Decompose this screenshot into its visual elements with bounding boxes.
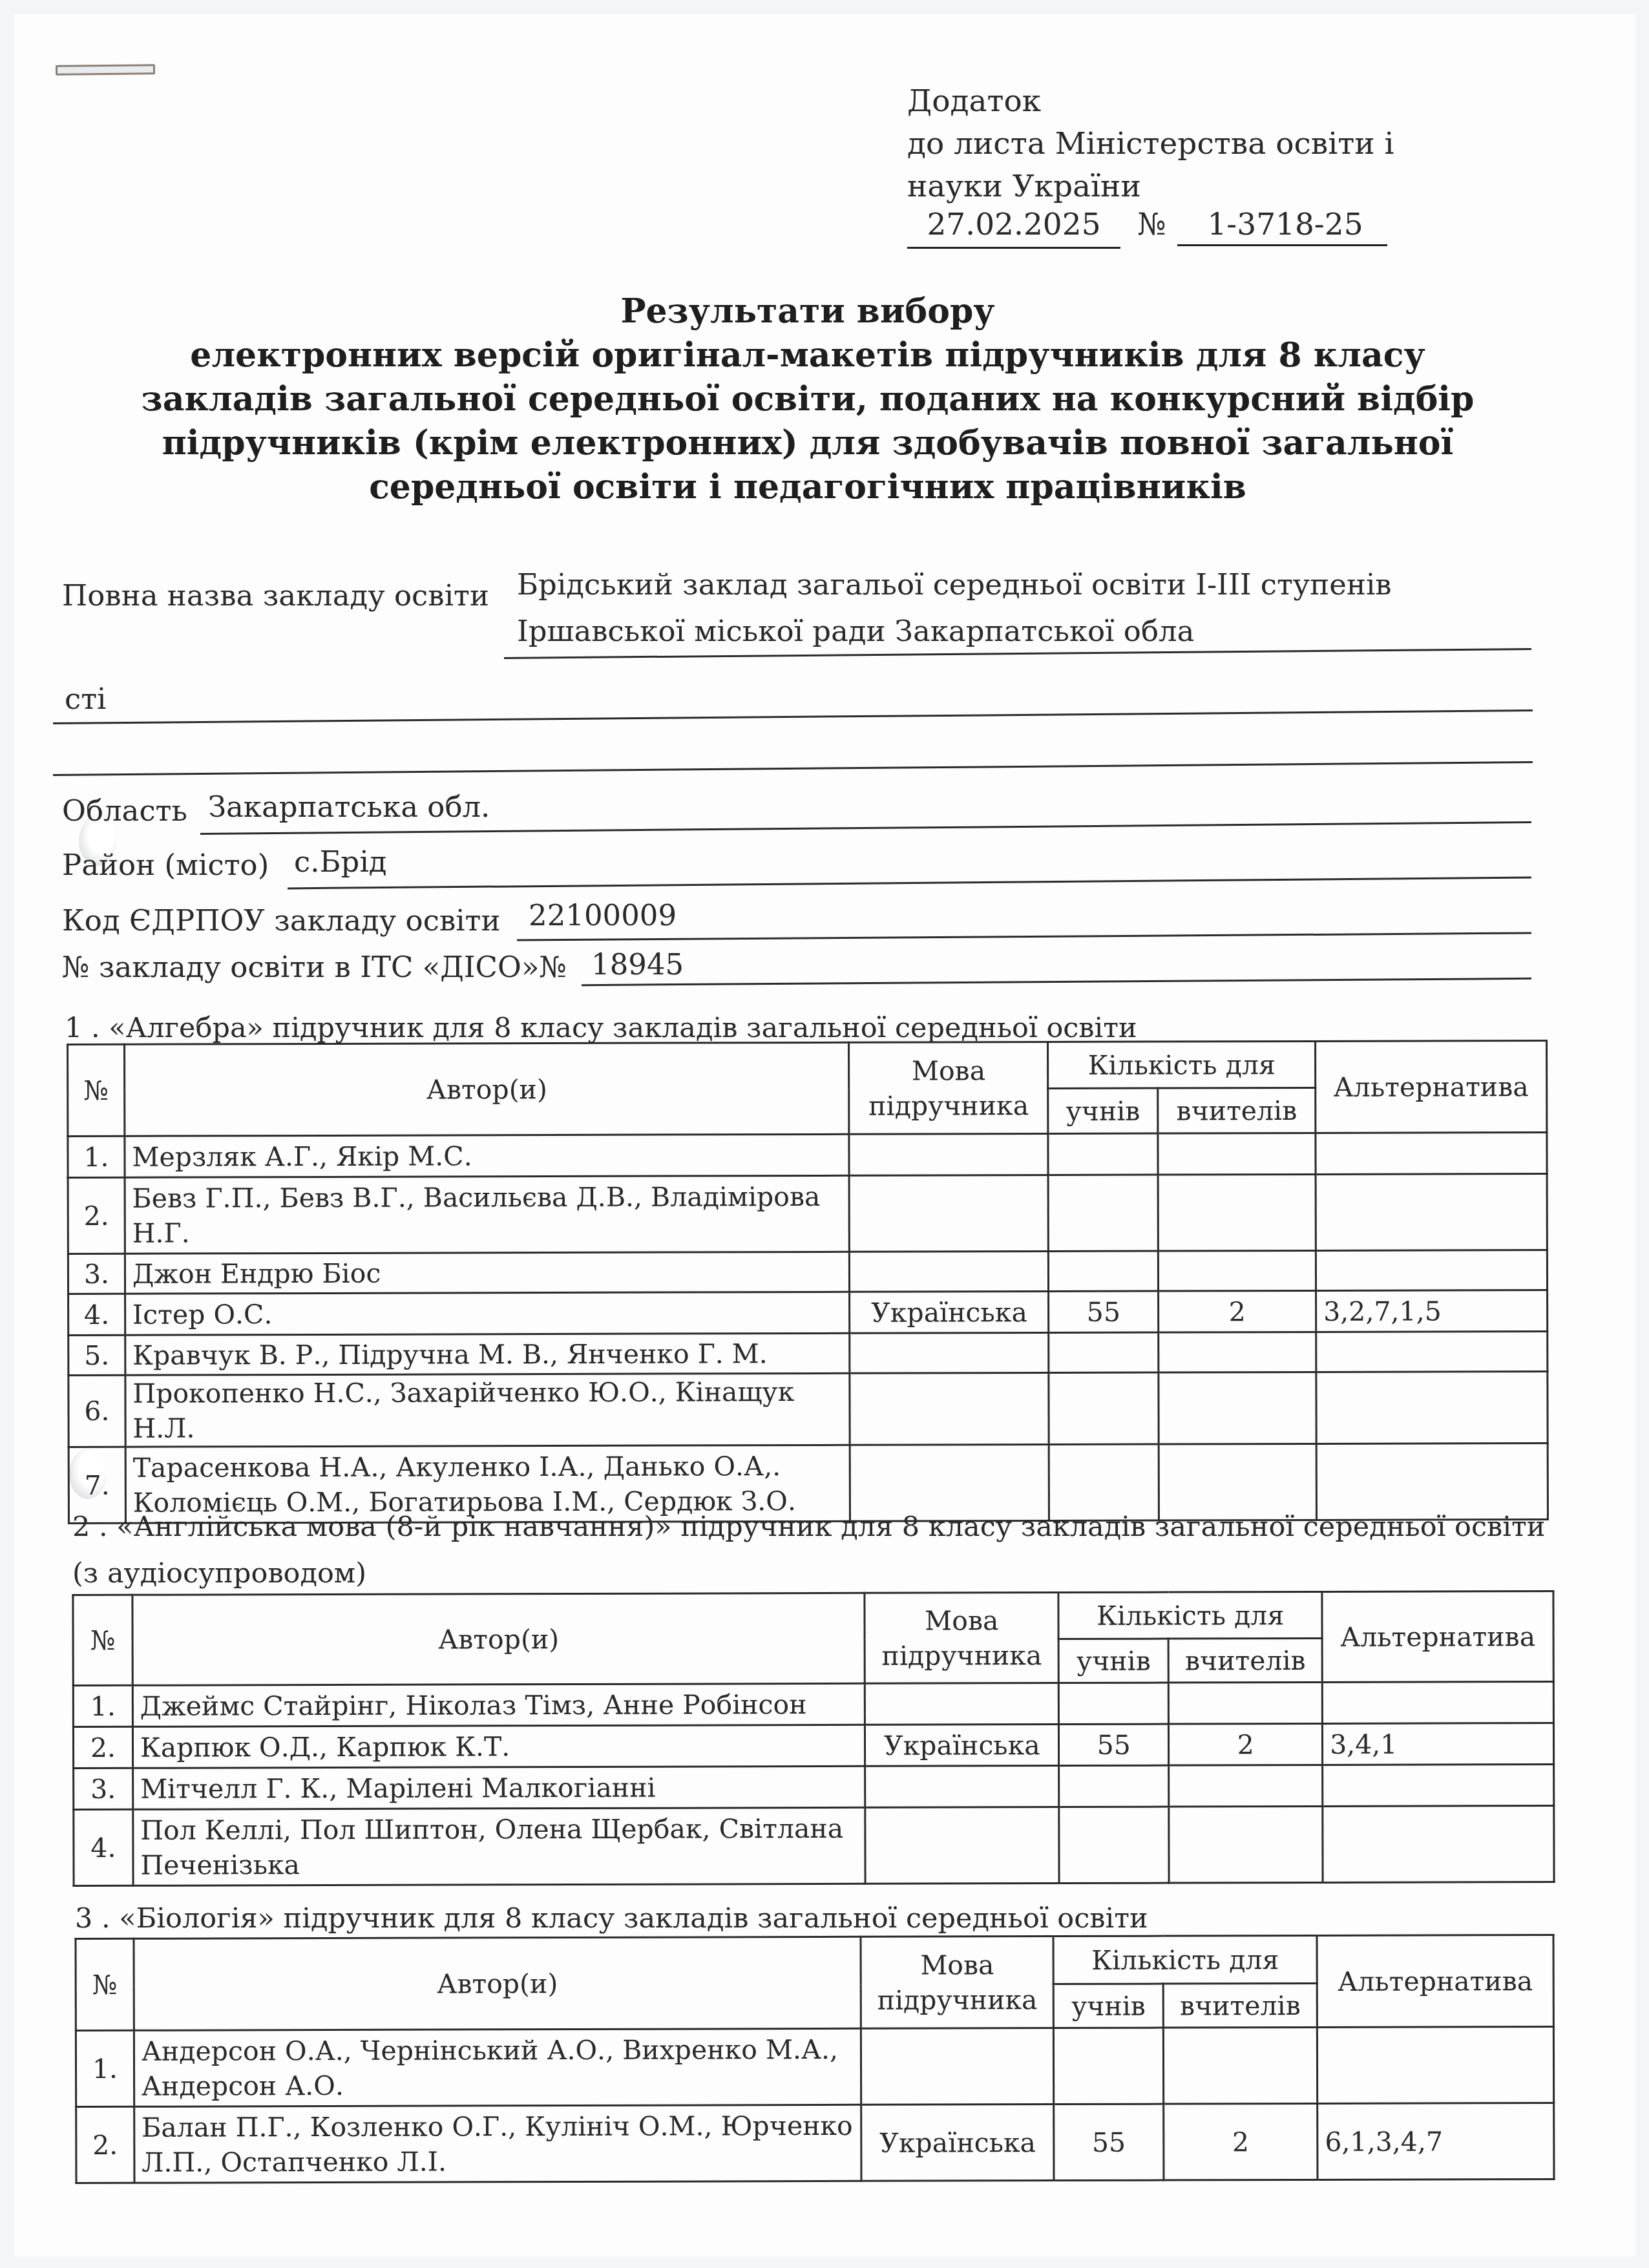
title-line: Результати вибору	[97, 289, 1518, 333]
itc-value: 18945	[591, 947, 684, 982]
title-line: електронних версій оригінал-макетів підр…	[97, 333, 1518, 377]
row-authors: Карпюк О.Д., Карпюк К.Т.	[132, 1725, 865, 1768]
number-sign: №	[1137, 207, 1166, 242]
row-teachers	[1159, 1444, 1316, 1520]
col-header-teachers: вчителів	[1158, 1087, 1316, 1133]
table-row: 5. Кравчук В. Р., Підручна М. В., Янченк…	[68, 1332, 1548, 1376]
addendum-line: Додаток	[907, 80, 1394, 123]
row-alternative	[1316, 1133, 1547, 1175]
addendum-block: Додаток до листа Міністерства освіти і н…	[907, 80, 1394, 208]
row-students	[1049, 1332, 1159, 1372]
table-row: 1. Мерзляк А.Г., Якір М.С.	[68, 1133, 1547, 1178]
addendum-line: науки України	[907, 165, 1394, 208]
row-authors: Мерзляк А.Г., Якір М.С.	[125, 1134, 850, 1177]
col-header-language: Мова підручника	[861, 1937, 1053, 2029]
row-language: Українська	[865, 1725, 1059, 1767]
full-name-value-line1: Брідський заклад загальої середньої осві…	[517, 567, 1392, 602]
addendum-line: до листа Міністерства освіти і	[907, 123, 1394, 165]
section-caption-algebra: 1 . «Алгебра» підручник для 8 класу закл…	[65, 1012, 1137, 1044]
title-line: середньої освіти і педагогічних працівни…	[97, 465, 1518, 509]
table-row: 1. Андерсон О.А., Чернінський А.О., Вихр…	[76, 2027, 1553, 2107]
row-number: 3.	[68, 1254, 125, 1294]
row-authors: Джон Ендрю Біос	[125, 1252, 850, 1294]
row-language	[865, 1807, 1059, 1884]
row-authors: Пол Келлі, Пол Шиптон, Олена Щербак, Сві…	[133, 1807, 866, 1885]
row-teachers	[1159, 1332, 1316, 1372]
row-alternative	[1323, 1806, 1554, 1883]
row-students: 55	[1054, 2104, 1164, 2180]
row-teachers: 2	[1164, 2103, 1318, 2180]
row-language	[850, 1252, 1049, 1292]
row-teachers	[1164, 2027, 1318, 2104]
col-header-students: учнів	[1058, 1639, 1168, 1683]
col-header-teachers: вчителів	[1163, 1983, 1317, 2028]
col-header-authors: Автор(и)	[132, 1593, 865, 1685]
col-header-alternative: Альтернатива	[1317, 1935, 1553, 2028]
row-number: 5.	[68, 1335, 125, 1375]
row-alternative: 3,4,1	[1323, 1723, 1554, 1765]
row-students	[1059, 1683, 1169, 1724]
table-row: 4. Пол Келлі, Пол Шиптон, Олена Щербак, …	[74, 1806, 1554, 1886]
row-alternative	[1317, 2027, 1553, 2104]
row-teachers: 2	[1159, 1290, 1316, 1332]
row-number: 2.	[76, 2106, 134, 2183]
staple-mark	[56, 64, 155, 76]
row-alternative	[1322, 1682, 1553, 1724]
district-label: Район (місто)	[62, 848, 269, 882]
row-number: 6.	[68, 1375, 125, 1447]
row-language: Українська	[861, 2105, 1054, 2181]
row-number: 1.	[73, 1685, 132, 1727]
region-label: Область	[62, 793, 187, 828]
row-number: 3.	[74, 1768, 133, 1809]
table-row: 2. Балан П.Г., Козленко О.Г., Кулініч О.…	[76, 2103, 1554, 2183]
section-caption-english-line2: (з аудіосупроводом)	[72, 1557, 366, 1590]
row-alternative	[1316, 1250, 1547, 1291]
row-alternative	[1323, 1765, 1554, 1807]
letter-number: 1-3718-25	[1179, 207, 1392, 242]
row-alternative	[1316, 1174, 1547, 1251]
row-number: 1.	[68, 1136, 125, 1177]
col-header-num: №	[76, 1938, 134, 2030]
edrpou-label: Код ЄДРПОУ закладу освіти	[62, 903, 501, 938]
row-alternative: 6,1,3,4,7	[1318, 2103, 1554, 2180]
english-table: № Автор(и) Мова підручника Кількість для…	[72, 1590, 1555, 1887]
full-name-value-line2: Іршавської міської ради Закарпатської об…	[517, 614, 1194, 648]
row-students	[1054, 2028, 1164, 2104]
underline	[1177, 244, 1387, 246]
row-students	[1048, 1175, 1158, 1251]
row-authors: Бевз Г.П., Бевз В.Г., Васильєва Д.В., Вл…	[125, 1175, 850, 1254]
row-students: 55	[1049, 1291, 1159, 1332]
biology-table: № Автор(и) Мова підручника Кількість для…	[75, 1934, 1555, 2184]
title-line: закладів загальної середньої освіти, под…	[97, 377, 1518, 421]
row-authors: Кравчук В. Р., Підручна М. В., Янченко Г…	[125, 1333, 850, 1375]
table-row: 1. Джеймс Стайрінг, Ніколаз Тімз, Анне Р…	[73, 1682, 1553, 1727]
table-row: 6. Прокопенко Н.С., Захарійченко Ю.О., К…	[68, 1372, 1548, 1447]
row-alternative: 3,2,7,1,5	[1316, 1290, 1548, 1332]
row-authors: Андерсон О.А., Чернінський А.О., Вихренк…	[134, 2028, 861, 2106]
letter-date: 27.02.2025	[927, 207, 1101, 242]
row-alternative	[1316, 1372, 1548, 1444]
col-header-language: Мова підручника	[849, 1042, 1048, 1135]
row-alternative	[1316, 1444, 1548, 1520]
col-header-quantity: Кількість для	[1048, 1041, 1316, 1088]
col-header-quantity: Кількість для	[1058, 1591, 1322, 1639]
row-number: 4.	[74, 1809, 133, 1885]
table-row: 3. Мітчелл Г. К., Марілені Малкогіанні	[74, 1765, 1554, 1810]
col-header-students: учнів	[1048, 1088, 1158, 1133]
document-title: Результати вибору електронних версій ори…	[97, 289, 1518, 509]
row-language	[865, 1683, 1059, 1725]
row-teachers	[1169, 1806, 1323, 1883]
row-authors: Істер О.С.	[125, 1292, 850, 1335]
table-row: 2. Бевз Г.П., Бевз В.Г., Васильєва Д.В.,…	[68, 1174, 1547, 1254]
full-name-label: Повна назва закладу освіти	[62, 578, 489, 613]
section-caption-english: 2 . «Англійська мова (8-й рік навчання)»…	[72, 1511, 1545, 1543]
edrpou-value: 22100009	[529, 898, 677, 932]
row-language	[850, 1445, 1049, 1522]
col-header-quantity: Кількість для	[1053, 1935, 1317, 1984]
row-students: 55	[1059, 1724, 1169, 1765]
row-language	[865, 1766, 1059, 1808]
col-header-alternative: Альтернатива	[1322, 1591, 1553, 1683]
row-students	[1059, 1765, 1169, 1807]
row-number: 1.	[76, 2030, 134, 2106]
row-language	[849, 1175, 1048, 1252]
table-row: 3. Джон Ендрю Біос	[68, 1250, 1547, 1294]
row-language	[861, 2028, 1054, 2105]
title-line: підручників (крім електронних) для здобу…	[97, 421, 1518, 465]
row-teachers	[1159, 1372, 1316, 1444]
row-students	[1059, 1807, 1169, 1883]
row-students	[1049, 1251, 1159, 1291]
table-row: 4. Істер О.С. Українська 55 2 3,2,7,1,5	[68, 1290, 1548, 1336]
row-authors: Прокопенко Н.С., Захарійченко Ю.О., Кіна…	[125, 1373, 850, 1447]
col-header-alternative: Альтернатива	[1316, 1041, 1547, 1133]
col-header-num: №	[73, 1595, 132, 1685]
underline	[907, 247, 1120, 249]
row-alternative	[1316, 1332, 1548, 1372]
row-language	[850, 1373, 1049, 1445]
col-header-teachers: вчителів	[1168, 1638, 1322, 1683]
row-teachers	[1158, 1133, 1316, 1175]
col-header-students: учнів	[1053, 1984, 1163, 2028]
col-header-language: Мова підручника	[865, 1593, 1058, 1684]
row-students	[1048, 1133, 1158, 1175]
row-teachers	[1168, 1682, 1322, 1724]
region-value: Закарпатська обл.	[208, 790, 490, 824]
row-number: 2.	[68, 1177, 125, 1254]
row-authors: Балан П.Г., Козленко О.Г., Кулініч О.М.,…	[134, 2105, 862, 2183]
row-authors: Джеймс Стайрінг, Ніколаз Тімз, Анне Робі…	[132, 1683, 865, 1727]
row-students	[1049, 1372, 1159, 1444]
row-number: 2.	[73, 1727, 132, 1768]
row-students	[1049, 1444, 1159, 1520]
itc-label: № закладу освіти в ІТС «ДІСО»№	[62, 950, 567, 984]
full-name-value-line3: сті	[65, 682, 107, 716]
district-value: с.Брід	[294, 845, 386, 879]
row-authors: Мітчелл Г. К., Марілені Малкогіанні	[133, 1766, 866, 1809]
col-header-num: №	[68, 1044, 125, 1136]
row-teachers	[1169, 1765, 1323, 1807]
row-number: 4.	[68, 1294, 125, 1335]
col-header-authors: Автор(и)	[134, 1937, 861, 2030]
row-teachers	[1159, 1250, 1316, 1291]
row-language	[850, 1333, 1049, 1374]
row-teachers: 2	[1169, 1723, 1323, 1765]
row-teachers	[1158, 1174, 1316, 1251]
section-caption-biology: 3 . «Біологія» підручник для 8 класу зак…	[75, 1902, 1148, 1935]
row-language	[849, 1134, 1048, 1176]
col-header-authors: Автор(и)	[124, 1042, 849, 1136]
algebra-table: № Автор(и) Мова підручника Кількість для…	[67, 1040, 1549, 1524]
table-row: 2. Карпюк О.Д., Карпюк К.Т. Українська 5…	[73, 1723, 1553, 1769]
row-language: Українська	[850, 1292, 1049, 1334]
